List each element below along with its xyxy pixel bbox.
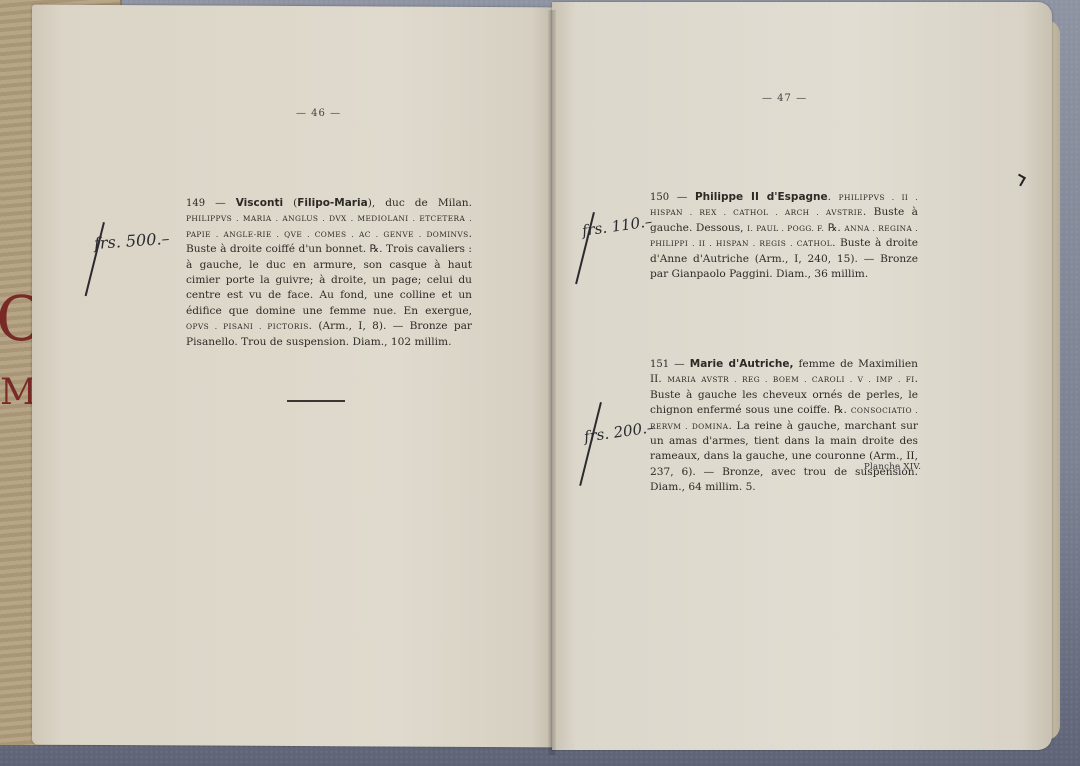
entry-dash: — bbox=[669, 358, 690, 370]
entry-number: 149 bbox=[186, 198, 205, 209]
entry-description: . Buste à droite coiffé d'un bonnet. ℞. … bbox=[186, 228, 472, 317]
signature-legend: I. PAUL . POGG. F. bbox=[747, 224, 824, 233]
entry-dash: — bbox=[205, 197, 236, 209]
page-number-left: — 46 — bbox=[296, 108, 341, 119]
obverse-legend: PHILIPPVS . MARIA . ANGLUS . DVX . MEDIO… bbox=[186, 214, 472, 238]
catalogue-entry-150: 150 — Philippe II d'Espagne. PHILIPPVS .… bbox=[650, 190, 918, 282]
section-divider bbox=[287, 400, 345, 402]
obverse-legend: MARIA AVSTR . REG . BOEM . CAROLI . V . … bbox=[667, 375, 914, 384]
entry-title: , duc de Milan. bbox=[372, 197, 472, 209]
entry-number: 151 bbox=[650, 359, 669, 370]
reverse-mark: ℞. bbox=[824, 222, 844, 234]
paren: ( bbox=[283, 197, 297, 209]
entry-dash: — bbox=[669, 191, 695, 203]
entry-name: Marie d'Autriche, bbox=[690, 358, 794, 370]
exergue-legend: OPVS . PISANI . PICTORIS bbox=[186, 322, 309, 331]
catalogue-entry-149: 149 — Visconti (Filipo-Maria), duc de Mi… bbox=[186, 196, 472, 350]
left-page bbox=[32, 5, 552, 748]
entry-name: Visconti bbox=[236, 197, 283, 209]
page-number-right: — 47 — bbox=[762, 93, 807, 104]
entry-title: . bbox=[828, 191, 839, 203]
catalogue-entry-151: 151 — Marie d'Autriche, femme de Maximil… bbox=[650, 357, 918, 496]
entry-name-detail: Filipo-Maria bbox=[297, 197, 367, 209]
book-gutter bbox=[548, 10, 556, 755]
entry-name: Philippe II d'Espagne bbox=[695, 191, 828, 203]
plate-reference: Planche XIV. bbox=[864, 462, 921, 472]
entry-number: 150 bbox=[650, 192, 669, 203]
